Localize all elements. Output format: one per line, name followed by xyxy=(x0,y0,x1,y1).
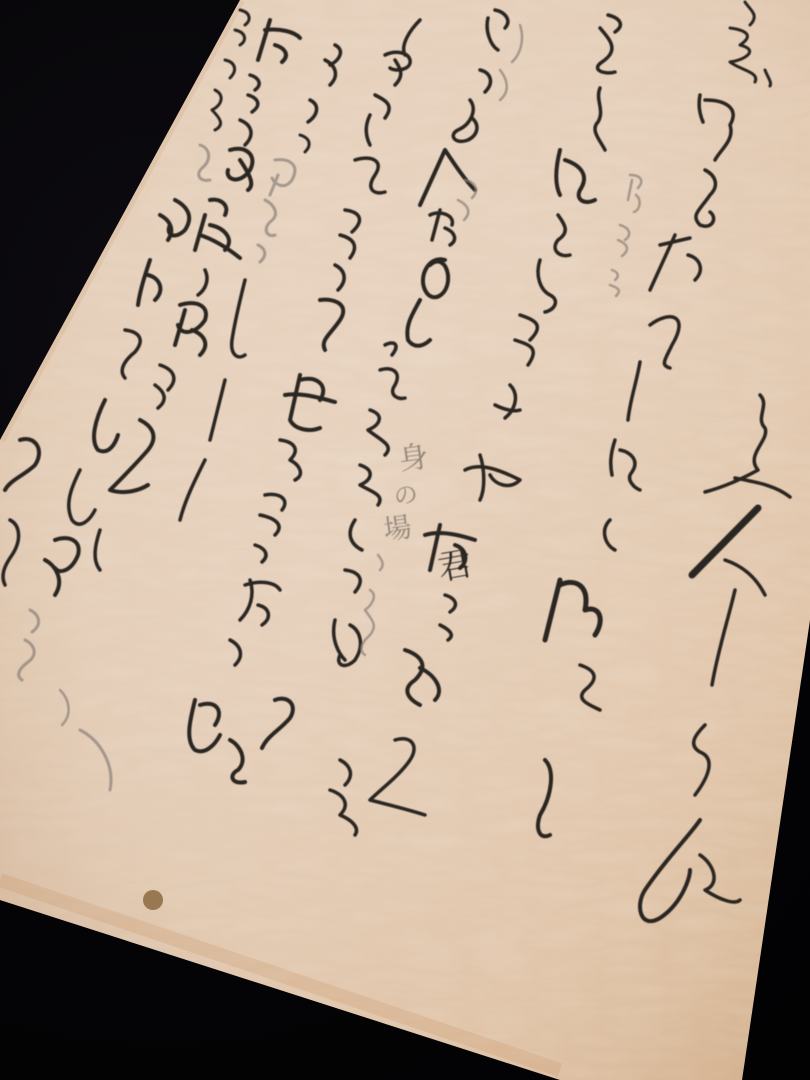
glyph-ba: 場 xyxy=(381,510,413,547)
glyph-kimi: 君 xyxy=(435,544,475,589)
glyph-no: の xyxy=(392,480,420,511)
glyph-mi: 身 xyxy=(396,439,431,478)
photo-scene: 身 の 場 xyxy=(0,0,810,1080)
ink-stain xyxy=(143,890,163,910)
manuscript-photo: 身 の 場 xyxy=(0,0,810,1080)
